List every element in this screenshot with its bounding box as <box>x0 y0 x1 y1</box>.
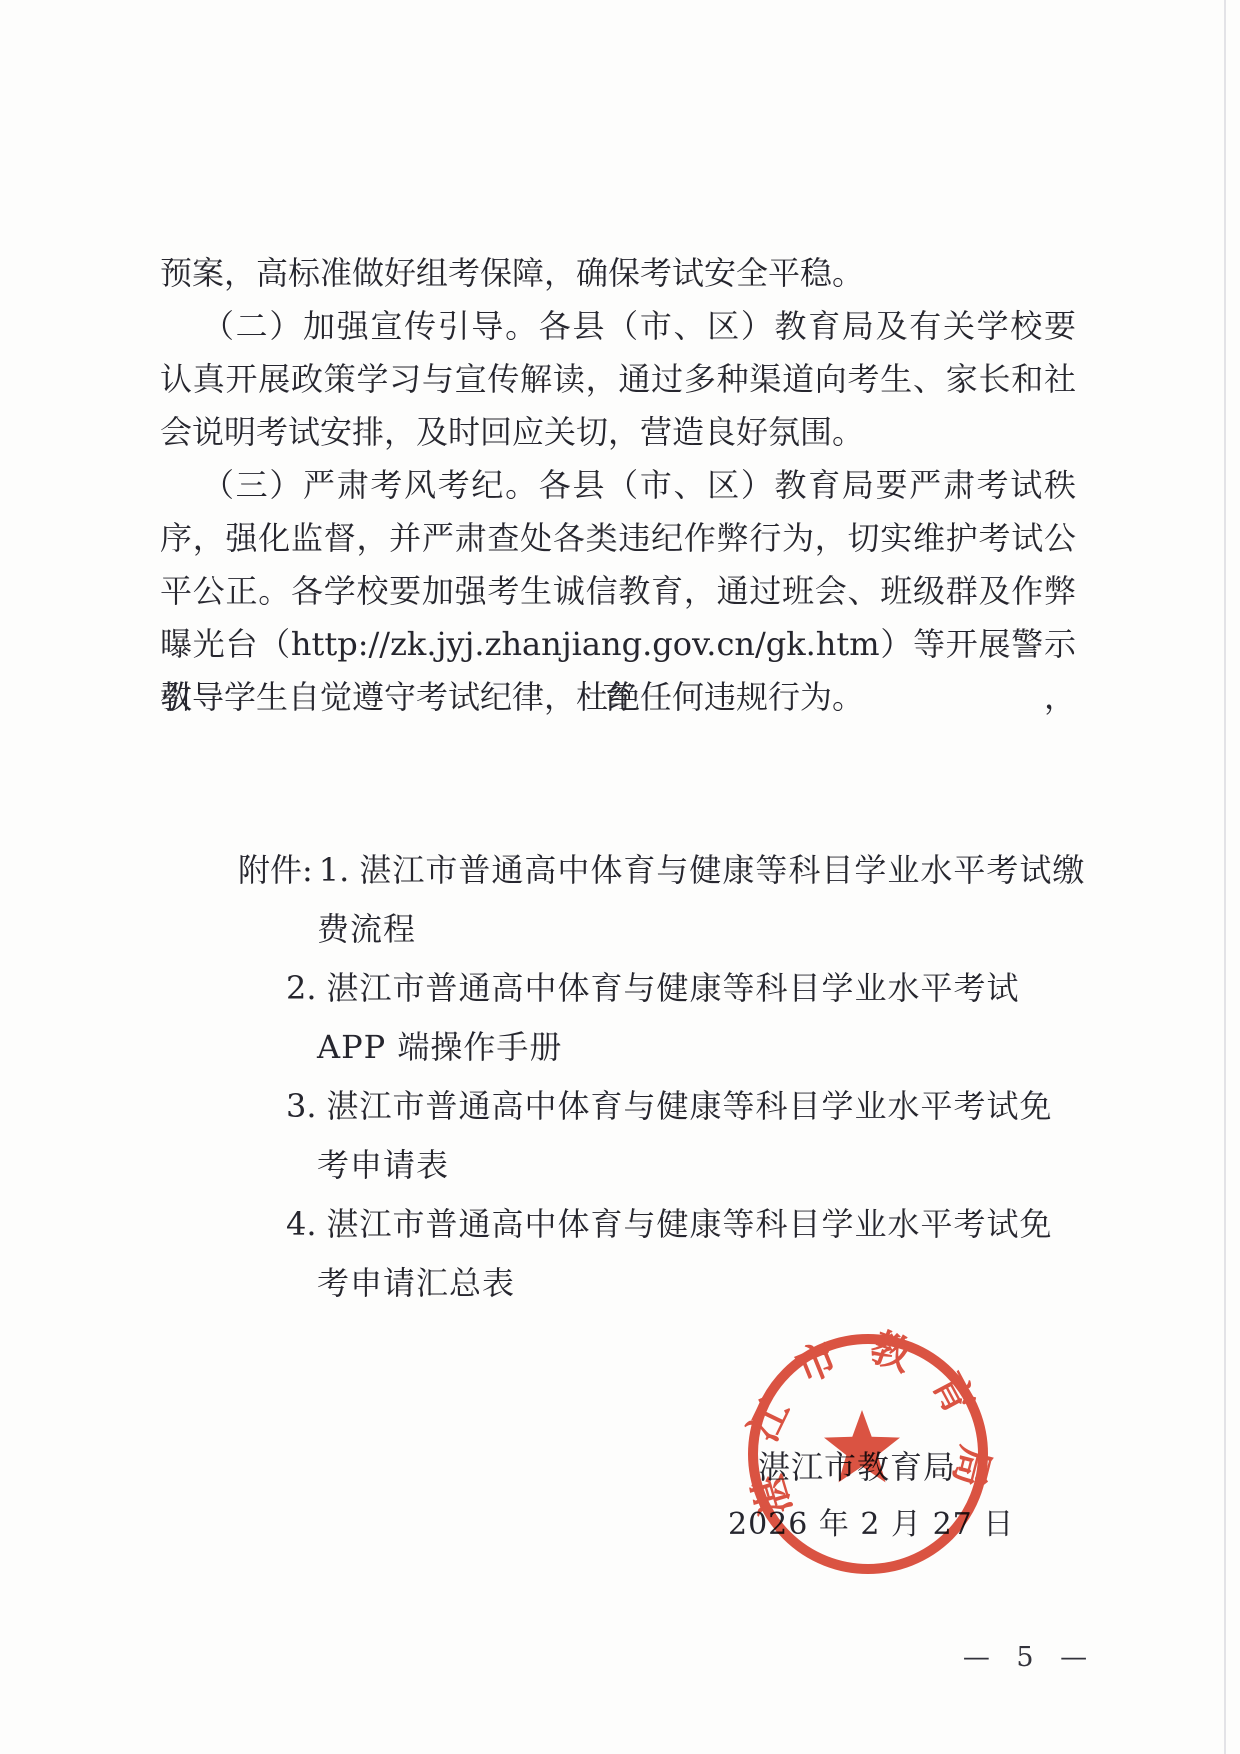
attachment-number: 2. <box>286 969 317 1007</box>
body-line: 曝光台（http://zk.jyj.zhanjiang.gov.cn/gk.ht… <box>160 618 1076 671</box>
body-line: （二）加强宣传引导。各县（市、区）教育局及有关学校要 <box>160 300 1076 353</box>
attachment-number: 3. <box>286 1087 317 1125</box>
attachment-title-line: 湛江市普通高中体育与健康等科目学业水平考试缴 <box>359 851 1085 889</box>
body-paragraphs: 预案，高标准做好组考保障，确保考试安全平稳。 （二）加强宣传引导。各县（市、区）… <box>160 247 1076 724</box>
body-line: 预案，高标准做好组考保障，确保考试安全平稳。 <box>160 247 1076 300</box>
body-line: 序，强化监督，并严肃查处各类违纪作弊行为，切实维护考试公 <box>160 512 1076 565</box>
seal-star <box>824 1410 900 1482</box>
attachment-title-line: 湛江市普通高中体育与健康等科目学业水平考试免 <box>327 1087 1053 1125</box>
body-line: 会说明考试安排，及时回应关切，营造良好氛围。 <box>160 406 1076 459</box>
attachment-title-line: 湛江市普通高中体育与健康等科目学业水平考试免 <box>327 1205 1053 1243</box>
attachments-label: 附件: <box>238 851 313 889</box>
attachment-item-line: APP 端操作手册 <box>238 1018 1098 1077</box>
attachment-number: 1. <box>319 851 350 889</box>
body-line: 认真开展政策学习与宣传解读，通过多种渠道向考生、家长和社 <box>160 353 1076 406</box>
attachment-item-line: 附件:1.湛江市普通高中体育与健康等科目学业水平考试缴 <box>238 841 1098 900</box>
attachment-item-line: 2.湛江市普通高中体育与健康等科目学业水平考试 <box>238 959 1098 1018</box>
document-page: 预案，高标准做好组考保障，确保考试安全平稳。 （二）加强宣传引导。各县（市、区）… <box>0 0 1240 1754</box>
attachment-item-line: 3.湛江市普通高中体育与健康等科目学业水平考试免 <box>238 1077 1098 1136</box>
attachment-item-line: 考申请汇总表 <box>238 1254 1098 1313</box>
attachment-title-line: 湛江市普通高中体育与健康等科目学业水平考试 <box>327 969 1020 1007</box>
page-number: — 5 — <box>925 1638 1125 1678</box>
seal-ring-text: 湛江市教育局 <box>738 1324 998 1521</box>
scan-artifact-line <box>1224 0 1226 1754</box>
official-seal: 湛江市教育局 <box>738 1324 998 1584</box>
body-line: （三）严肃考风考纪。各县（市、区）教育局要严肃考试秩 <box>160 459 1076 512</box>
body-line: 平公正。各学校要加强考生诚信教育，通过班会、班级群及作弊 <box>160 565 1076 618</box>
attachment-number: 4. <box>286 1205 317 1243</box>
attachments-list: 附件:1.湛江市普通高中体育与健康等科目学业水平考试缴 费流程 2.湛江市普通高… <box>238 841 1098 1313</box>
attachment-item-line: 考申请表 <box>238 1136 1098 1195</box>
svg-text:湛江市教育局: 湛江市教育局 <box>738 1324 998 1521</box>
attachment-item-line: 4.湛江市普通高中体育与健康等科目学业水平考试免 <box>238 1195 1098 1254</box>
attachment-item-line: 费流程 <box>238 900 1098 959</box>
